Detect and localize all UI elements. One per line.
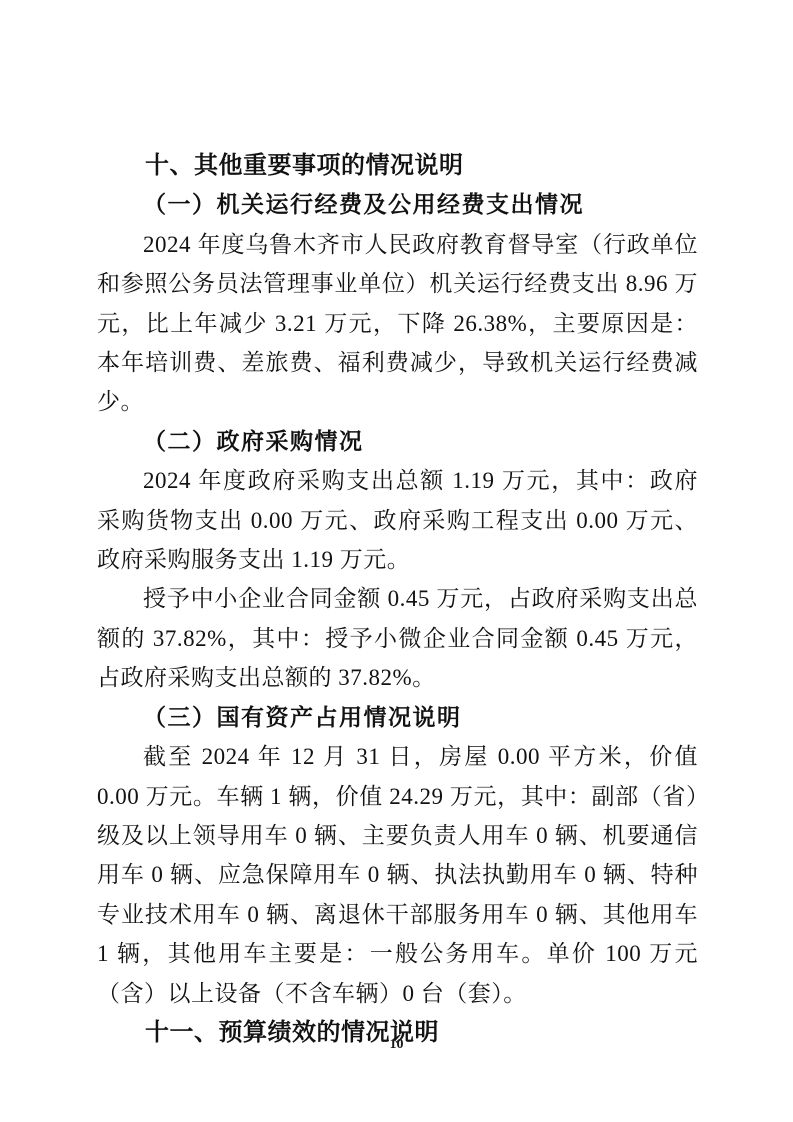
subheading-state-owned-assets: （三）国有资产占用情况说明: [97, 698, 698, 737]
paragraph-operating-expenses-detail: 2024 年度乌鲁木齐市人民政府教育督导室（行政单位和参照公务员法管理事业单位）…: [97, 225, 698, 422]
heading-section-ten-other-important-matters: 十、其他重要事项的情况说明: [97, 146, 698, 185]
document-content: 十、其他重要事项的情况说明 （一）机关运行经费及公用经费支出情况 2024 年度…: [97, 146, 698, 1052]
paragraph-state-assets-detail: 截至 2024 年 12 月 31 日，房屋 0.00 平方米，价值 0.00 …: [97, 737, 698, 1013]
page-number: 10: [0, 1037, 793, 1053]
document-page: 十、其他重要事项的情况说明 （一）机关运行经费及公用经费支出情况 2024 年度…: [0, 0, 793, 1122]
subheading-agency-operating-expenses: （一）机关运行经费及公用经费支出情况: [97, 185, 698, 224]
subheading-government-procurement: （二）政府采购情况: [97, 422, 698, 461]
paragraph-procurement-total: 2024 年度政府采购支出总额 1.19 万元，其中：政府采购货物支出 0.00…: [97, 461, 698, 579]
paragraph-sme-contract-amounts: 授予中小企业合同金额 0.45 万元，占政府采购支出总额的 37.82%，其中：…: [97, 579, 698, 697]
